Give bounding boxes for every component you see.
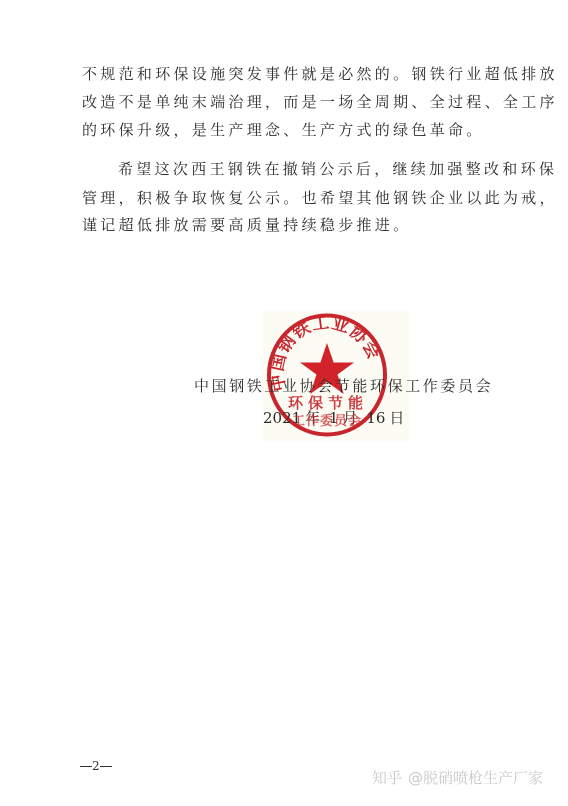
body-line-5: 管理，积极争取恢复公示。也希望其他钢铁企业以此为戒，: [82, 188, 492, 208]
page-dash-left: [80, 766, 92, 767]
page-dash-right: [100, 766, 112, 767]
watermark: 知乎@脱硝喷枪生产厂家: [372, 768, 543, 788]
page-number: 2: [80, 758, 112, 774]
watermark-platform: 知乎: [372, 769, 402, 787]
page-number-value: 2: [92, 759, 100, 773]
body-line-3: 的环保升级，是生产理念、生产方式的绿色革命。: [82, 120, 492, 140]
document-page: 不规范和环保设施突发事件就是必然的。钢铁行业超低排放 改造不是单纯末端治理，而是…: [0, 0, 568, 806]
date-day: 16: [366, 409, 385, 427]
stamp-bottom-text: 工作委员会: [292, 410, 362, 429]
body-line-2: 改造不是单纯末端治理，而是一场全周期、全过程、全工序: [82, 92, 492, 112]
body-line-6: 谨记超低排放需要高质量持续稳步推进。: [82, 215, 492, 235]
body-line-4: 希望这次西王钢铁在撤销公示后，继续加强整改和环保: [118, 159, 528, 179]
body-line-1: 不规范和环保设施突发事件就是必然的。钢铁行业超低排放: [82, 64, 492, 84]
watermark-author: @脱硝喷枪生产厂家: [408, 769, 543, 787]
date-day-unit: 日: [389, 409, 404, 427]
